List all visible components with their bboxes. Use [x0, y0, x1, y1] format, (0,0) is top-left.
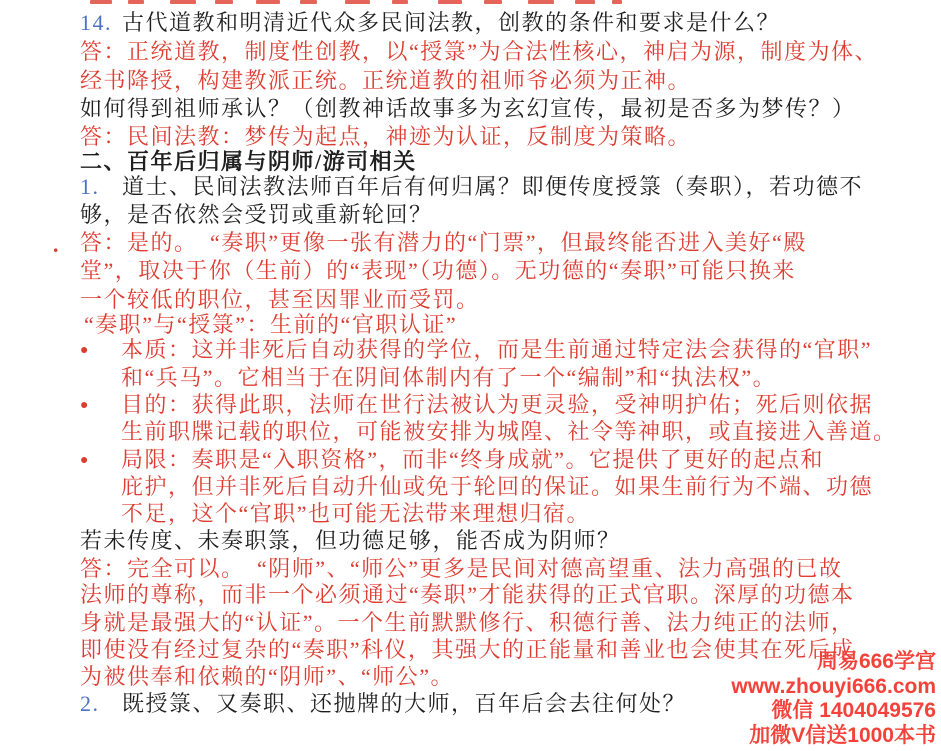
- doc-line-text: 道士、民间法教法师百年后有何归属？即便传度授箓（奏职），若功德不: [122, 174, 863, 199]
- doc-line-text: 够，是否依然会受罚或重新轮回？: [80, 202, 433, 227]
- doc-line-text: 二、百年后归属与阴师/游司相关: [80, 149, 417, 174]
- doc-line-text: 为被供奉和依赖的“阴师”、“师公”。: [80, 664, 454, 689]
- bullet-icon: ●: [80, 393, 121, 419]
- doc-line-23: 身就是最强大的“认证”。一个生前默默修行、积德行善、法力纯正的法师，: [80, 610, 855, 636]
- doc-line-text: 答：是的。 “奏职”更像一张有潜力的“门票”，但最终能否进入美好“殿: [80, 230, 807, 255]
- doc-line-text: 不足，这个“官职”也可能无法带来理想归宿。: [121, 501, 590, 526]
- doc-line-text: 本质：这并非死后自动获得的学位，而是生前通过特定法会获得的“官职”: [121, 337, 872, 362]
- doc-line-9: 答：是的。 “奏职”更像一张有潜力的“门票”，但最终能否进入美好“殿: [80, 230, 807, 256]
- doc-line-text: 生前职牒记载的职位，可能被安排为城隍、社令等神职，或直接进入善道。: [121, 419, 897, 444]
- doc-line-15: ●目的：获得此职，法师在世行法被认为更灵验，受神明护佑；死后则依据: [80, 392, 873, 419]
- doc-line-text: 答：正统道教，制度性创教，以“授箓”为合法性核心，神启为源，制度为体、: [80, 39, 878, 64]
- doc-line-text: “奏职”与“授箓”：生前的“官职认证”: [84, 312, 457, 337]
- doc-line-22: 法师的尊称，而非一个必须通过“奏职”才能获得的正式官职。深厚的功德本: [80, 582, 855, 608]
- watermark-line-url: www.zhouyi666.com: [536, 675, 936, 700]
- doc-line-text: 古代道教和明清近代众多民间法教，创教的条件和要求是什么？: [122, 10, 780, 35]
- doc-line-19: 不足，这个“官职”也可能无法带来理想归宿。: [121, 501, 590, 527]
- doc-line-text: 局限：奏职是“入职资格”，而非“终身成就”。它提供了更好的起点和: [121, 447, 824, 472]
- doc-line-5: 答：民间法教：梦传为起点，神迹为认证，反制度为策略。: [80, 124, 691, 150]
- doc-line-text: 和“兵马”。它相当于在阴间体制内有了一个“编制”和“执法权”。: [121, 365, 776, 390]
- doc-line-8: 够，是否依然会受罚或重新轮回？: [80, 202, 433, 228]
- doc-line-text: 若未传度、未奏职箓，但功德足够，能否成为阴师？: [80, 528, 621, 553]
- stray-period-mark: .: [53, 232, 59, 258]
- doc-line-11: 一个较低的职位，甚至因罪业而受罚。: [80, 287, 480, 313]
- doc-line-text: 堂”，取决于你（生前）的“表现”（功德）。无功德的“奏职”可能只换来: [80, 258, 796, 283]
- doc-line-10: 堂”，取决于你（生前）的“表现”（功德）。无功德的“奏职”可能只换来: [80, 258, 796, 284]
- question-number: 2.: [80, 691, 122, 717]
- doc-line-text: 答：完全可以。 “阴师”、“师公”更多是民间对德高望重、法力高强的已故: [80, 556, 843, 581]
- bullet-icon: ●: [80, 448, 121, 474]
- watermark-line-wechat: 微信 1404049576: [536, 699, 936, 724]
- doc-line-text: 目的：获得此职，法师在世行法被认为更灵验，受神明护佑；死后则依据: [121, 392, 873, 417]
- doc-line-2: 答：正统道教，制度性创教，以“授箓”为合法性核心，神启为源，制度为体、: [80, 39, 878, 65]
- doc-line-3: 经书降授，构建教派正统。正统道教的祖师爷必须为正神。: [80, 68, 691, 94]
- doc-line-text: 经书降授，构建教派正统。正统道教的祖师爷必须为正神。: [80, 68, 691, 93]
- doc-line-text: 如何得到祖师承认？（创教神话故事多为玄幻宣传，最初是否多为梦传？）: [80, 96, 856, 121]
- doc-line-20: 若未传度、未奏职箓，但功德足够，能否成为阴师？: [80, 528, 621, 554]
- doc-line-6: 二、百年后归属与阴师/游司相关: [80, 149, 417, 175]
- doc-line-17: ●局限：奏职是“入职资格”，而非“终身成就”。它提供了更好的起点和: [80, 447, 824, 474]
- doc-line-13: ●本质：这并非死后自动获得的学位，而是生前通过特定法会获得的“官职”: [80, 337, 872, 364]
- doc-line-text: 身就是最强大的“认证”。一个生前默默修行、积德行善、法力纯正的法师，: [80, 610, 855, 635]
- question-number: 1.: [80, 174, 122, 200]
- watermark-line-promo: 加微V信送1000本书: [536, 724, 936, 749]
- doc-line-14: 和“兵马”。它相当于在阴间体制内有了一个“编制”和“执法权”。: [121, 365, 776, 391]
- doc-line-text: 一个较低的职位，甚至因罪业而受罚。: [80, 287, 480, 312]
- doc-line-4: 如何得到祖师承认？（创教神话故事多为玄幻宣传，最初是否多为梦传？）: [80, 96, 856, 122]
- doc-line-text: 法师的尊称，而非一个必须通过“奏职”才能获得的正式官职。深厚的功德本: [80, 582, 855, 607]
- doc-line-21: 答：完全可以。 “阴师”、“师公”更多是民间对德高望重、法力高强的已故: [80, 556, 843, 582]
- doc-line-text: 答：民间法教：梦传为起点，神迹为认证，反制度为策略。: [80, 124, 691, 149]
- doc-line-12: “奏职”与“授箓”：生前的“官职认证”: [84, 312, 457, 338]
- watermark: 周易666学宫 www.zhouyi666.com 微信 1404049576 …: [536, 650, 936, 748]
- doc-line-7: 1.道士、民间法教法师百年后有何归属？即便传度授箓（奏职），若功德不: [80, 174, 863, 200]
- question-number: 14.: [80, 10, 122, 36]
- document-page: 14.古代道教和明清近代众多民间法教，创教的条件和要求是什么？答：正统道教，制度…: [0, 0, 941, 751]
- doc-line-text: 庇护，但并非死后自动升仙或免于轮回的保证。如果生前行为不端、功德: [121, 474, 873, 499]
- doc-line-18: 庇护，但并非死后自动升仙或免于轮回的保证。如果生前行为不端、功德: [121, 474, 873, 500]
- watermark-line-site-name: 周易666学宫: [536, 650, 936, 675]
- bullet-icon: ●: [80, 338, 121, 364]
- doc-line-16: 生前职牒记载的职位，可能被安排为城隍、社令等神职，或直接进入善道。: [121, 419, 897, 445]
- doc-line-1: 14.古代道教和明清近代众多民间法教，创教的条件和要求是什么？: [80, 10, 780, 36]
- doc-line-25: 为被供奉和依赖的“阴师”、“师公”。: [80, 664, 454, 690]
- cutoff-previous-line: [0, 0, 941, 5]
